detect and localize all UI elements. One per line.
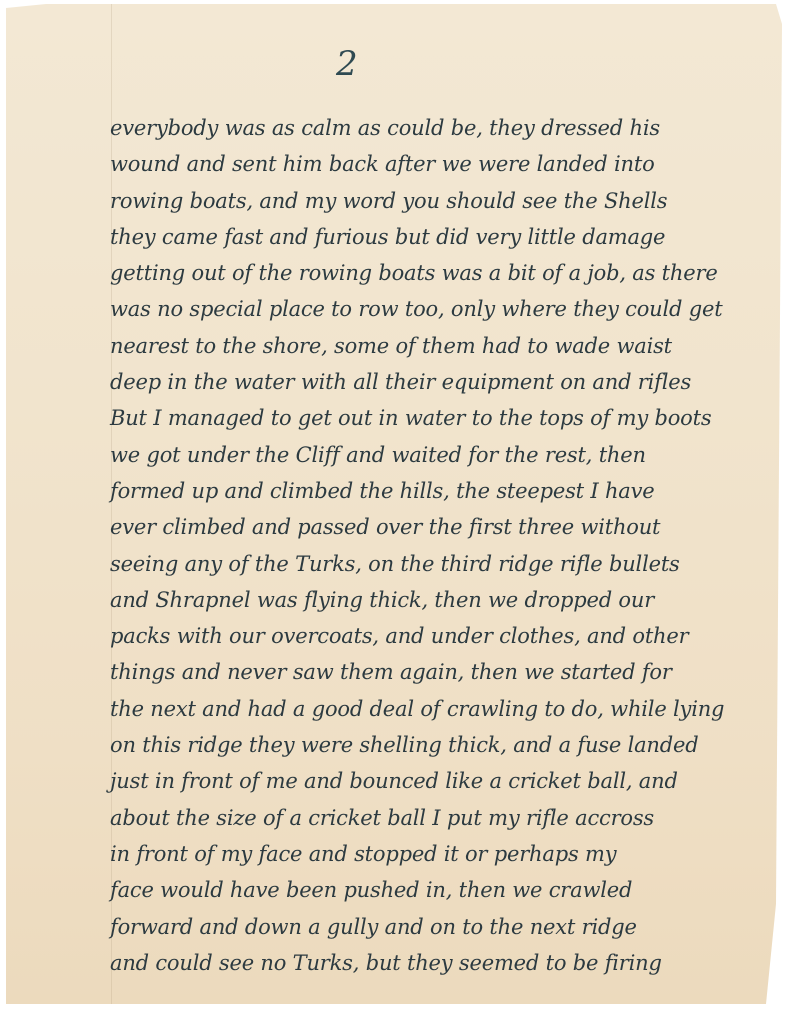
- text-line: formed up and climbed the hills, the ste…: [110, 473, 790, 509]
- text-line: just in front of me and bounced like a c…: [110, 763, 790, 799]
- page-number: 2: [336, 44, 358, 84]
- text-line: on this ridge they were shelling thick, …: [110, 727, 790, 763]
- text-line: But I managed to get out in water to the…: [110, 400, 790, 436]
- text-line: the next and had a good deal of crawling…: [110, 691, 790, 727]
- text-line: getting out of the rowing boats was a bi…: [110, 255, 790, 291]
- text-line: seeing any of the Turks, on the third ri…: [110, 546, 790, 582]
- text-line: and Shrapnel was flying thick, then we d…: [110, 582, 790, 618]
- text-line: ever climbed and passed over the first t…: [110, 509, 790, 545]
- text-line: things and never saw them again, then we…: [110, 654, 790, 690]
- text-line: face would have been pushed in, then we …: [110, 872, 790, 908]
- text-line: in front of my face and stopped it or pe…: [110, 836, 790, 872]
- text-line: about the size of a cricket ball I put m…: [110, 800, 790, 836]
- text-line: we got under the Cliff and waited for th…: [110, 437, 790, 473]
- text-line: wound and sent him back after we were la…: [110, 146, 790, 182]
- text-line: rowing boats, and my word you should see…: [110, 183, 790, 219]
- text-line: and could see no Turks, but they seemed …: [110, 945, 790, 981]
- text-line: everybody was as calm as could be, they …: [110, 110, 790, 146]
- text-line: they came fast and furious but did very …: [110, 219, 790, 255]
- text-line: was no special place to row too, only wh…: [110, 291, 790, 327]
- text-line: packs with our overcoats, and under clot…: [110, 618, 790, 654]
- text-line: forward and down a gully and on to the n…: [110, 909, 790, 945]
- handwritten-text-body: everybody was as calm as could be, they …: [110, 110, 790, 981]
- text-line: nearest to the shore, some of them had t…: [110, 328, 790, 364]
- letter-page: 2 everybody was as calm as could be, the…: [6, 4, 782, 1004]
- text-line: deep in the water with all their equipme…: [110, 364, 790, 400]
